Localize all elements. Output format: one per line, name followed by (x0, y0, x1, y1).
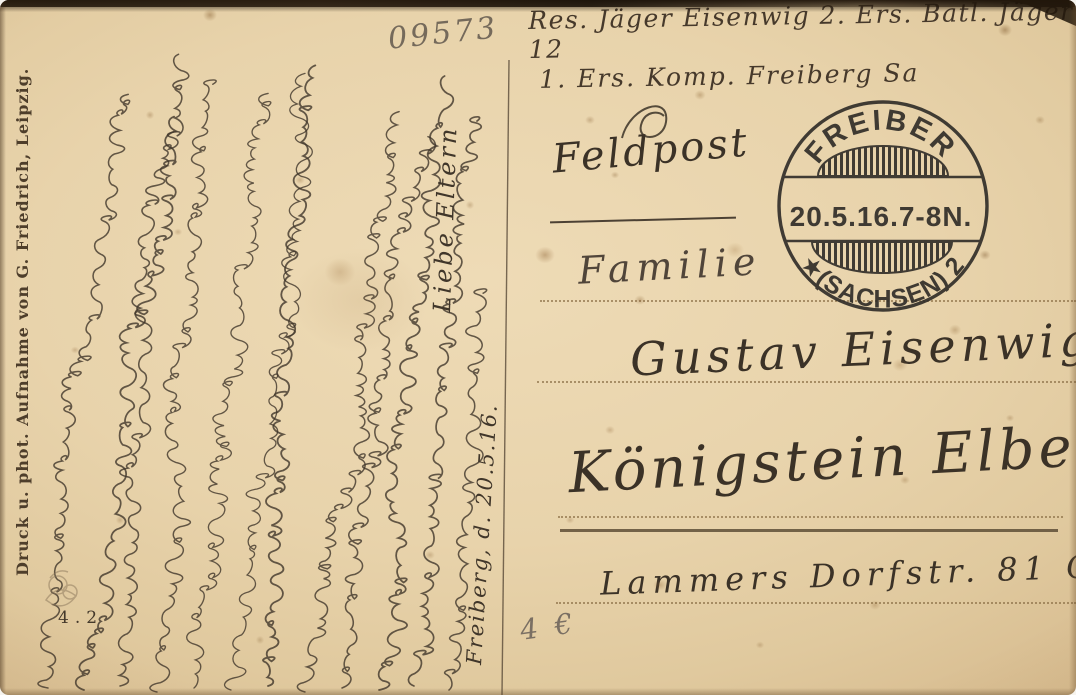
freiberg-postmark: FREIBERG ★(SACHSEN) 2★ 20.5.16.7-8N. (0, 0, 1076, 695)
postcard-scan: Druck u. phot. Aufnahme von G. Friedrich… (0, 0, 1076, 695)
postmark-town-text: FREIBERG (0, 0, 963, 169)
scan-edge-top-strip (0, 0, 1076, 7)
scan-edge-right (1069, 0, 1076, 695)
scan-edge-bottom (0, 688, 1076, 695)
postmark-date-text: 20.5.16.7-8N. (790, 201, 973, 232)
scan-edge-left (0, 0, 6, 695)
postmark-town-arc: FREIBERG (0, 0, 963, 169)
